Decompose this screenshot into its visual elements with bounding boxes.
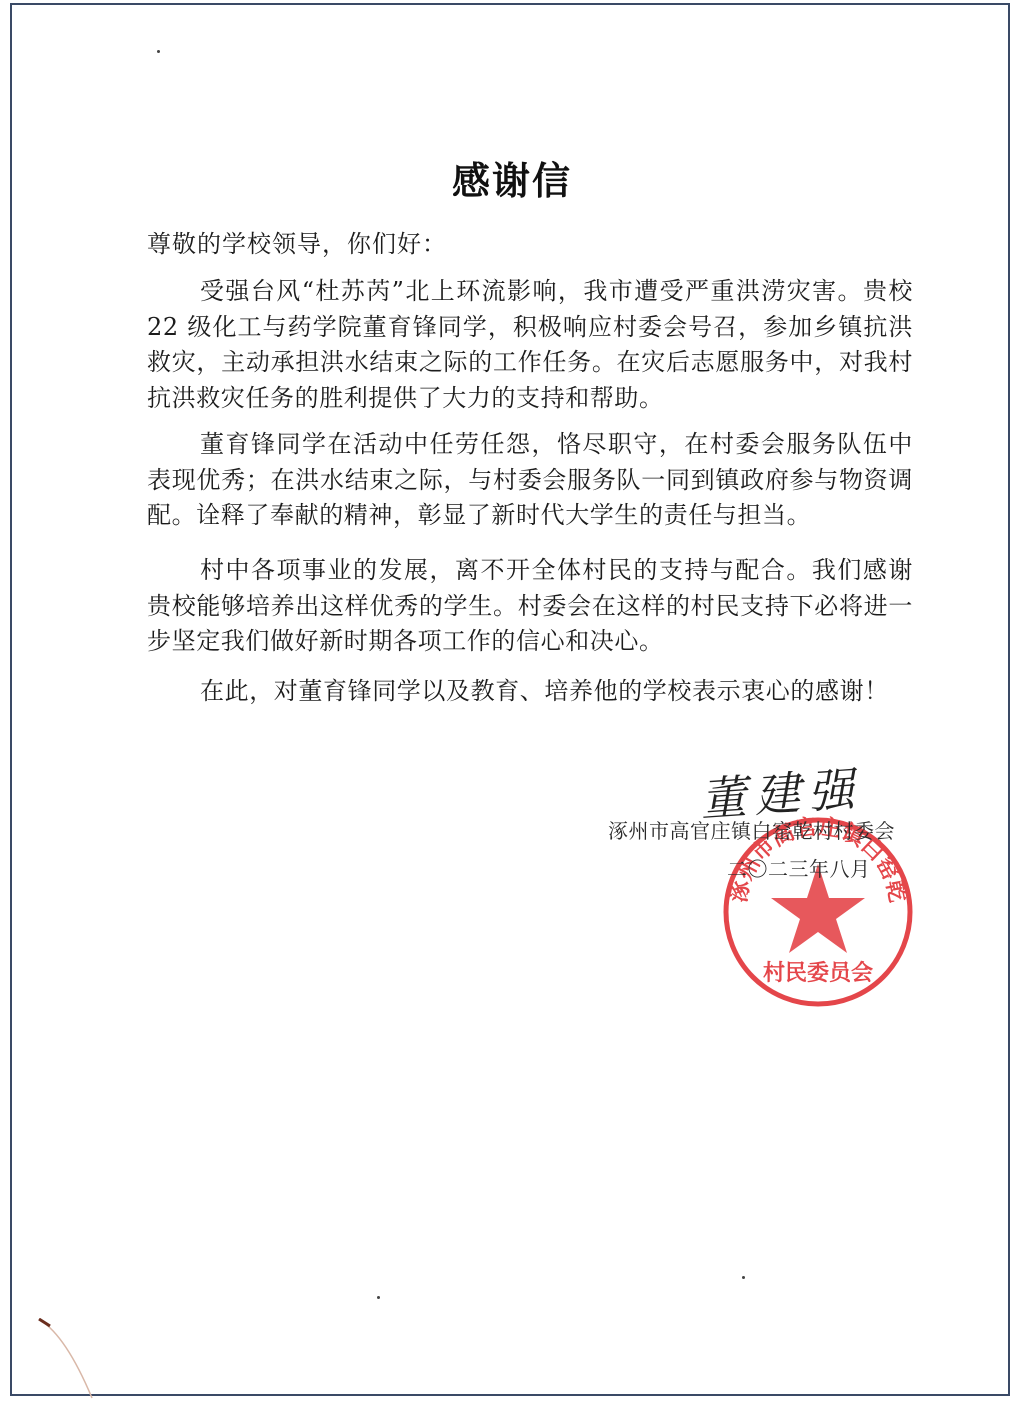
issue-date: 二〇二三年八月 bbox=[727, 853, 871, 882]
paragraph-3: 村中各项事业的发展，离不开全体村民的支持与配合。我们感谢贵校能够培养出这样优秀的… bbox=[147, 553, 913, 660]
scan-speck bbox=[157, 50, 160, 53]
scan-speck bbox=[742, 1276, 745, 1279]
salutation: 尊敬的学校领导，你们好： bbox=[147, 224, 447, 259]
scan-speck bbox=[377, 1296, 380, 1299]
paragraph-2: 董育锋同学在活动中任劳任怨，恪尽职守，在村委会服务队伍中表现优秀；在洪水结束之际… bbox=[147, 427, 913, 534]
paragraph-1: 受强台风“杜苏芮”北上环流影响，我市遭受严重洪涝灾害。贵校 22 级化工与药学院… bbox=[147, 274, 913, 416]
scan-mark bbox=[36, 1318, 96, 1401]
stamp-bottom-text: 村民委员会 bbox=[763, 960, 873, 986]
issuing-organization: 涿州市高官庄镇白窑乾村村委会 bbox=[608, 815, 895, 844]
letter-title: 感谢信 bbox=[0, 150, 1024, 205]
paragraph-4: 在此，对董育锋同学以及教育、培养他的学校表示衷心的感谢！ bbox=[147, 674, 913, 710]
